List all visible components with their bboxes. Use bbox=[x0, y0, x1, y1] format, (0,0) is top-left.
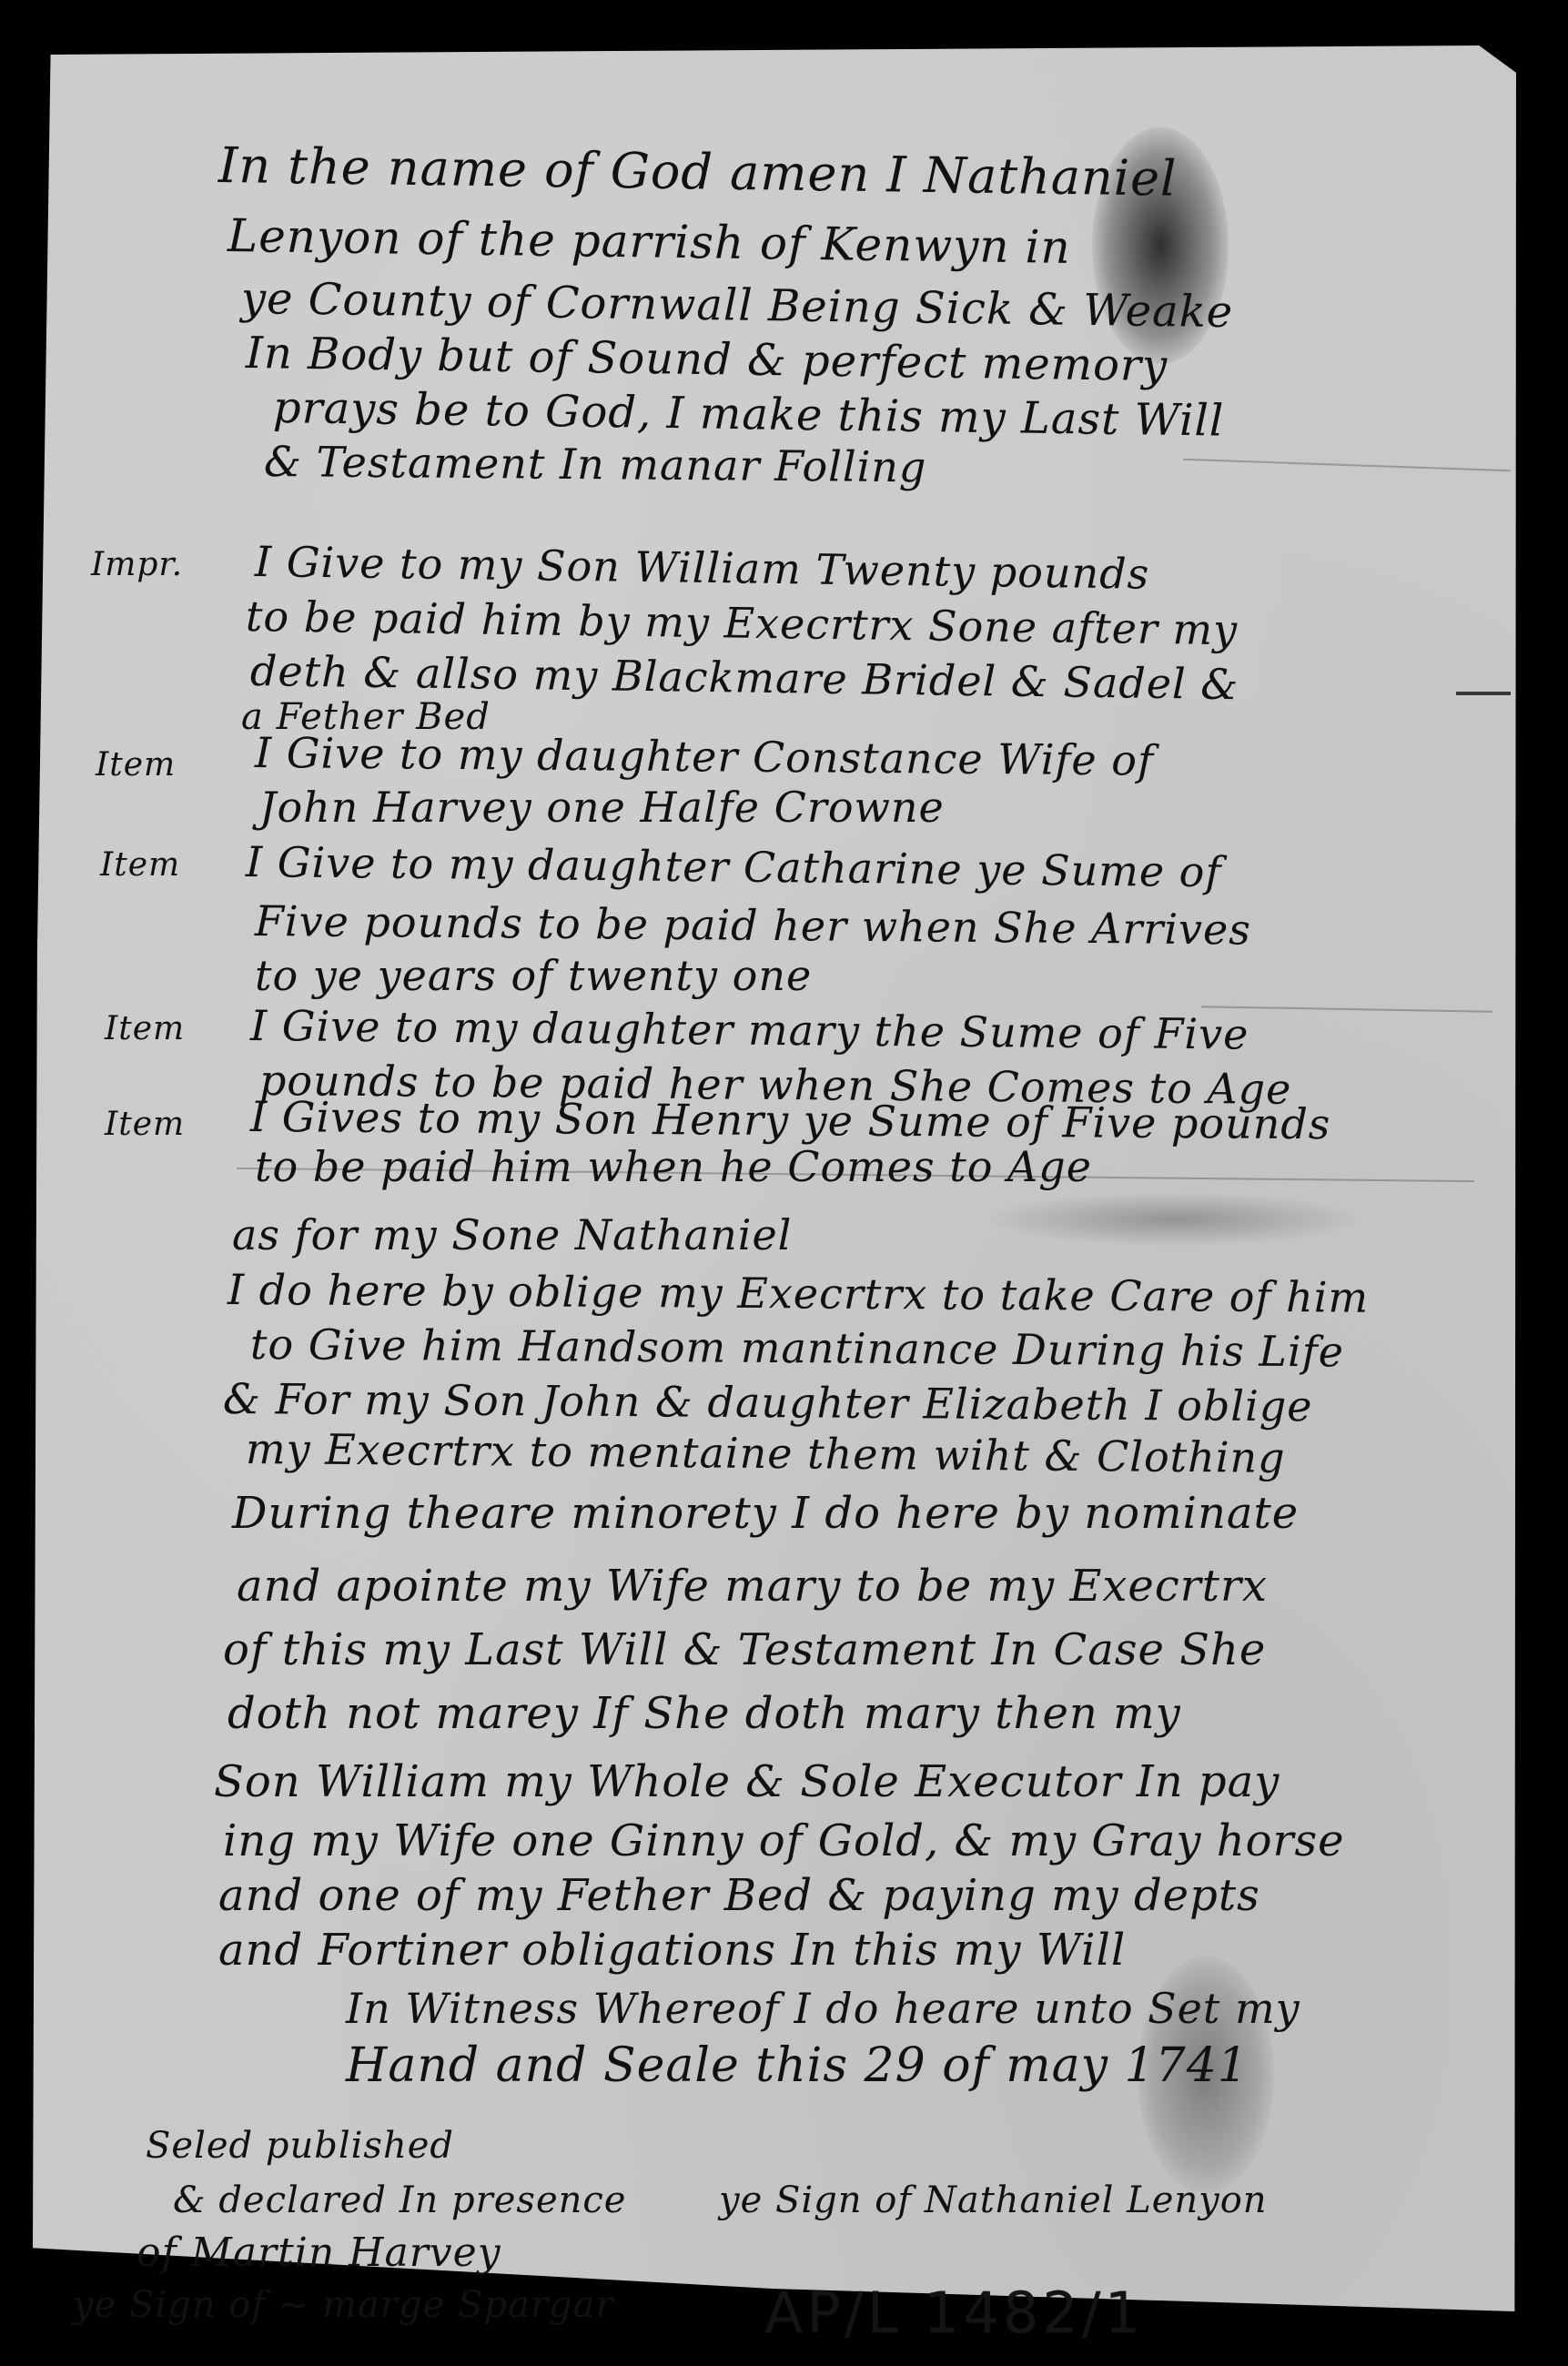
margin-label-item: Item bbox=[105, 1010, 185, 1047]
witness-line: of Martin Harvey bbox=[137, 2229, 501, 2276]
bequest-line: I Give to my daughter Constance Wife of bbox=[255, 728, 1154, 785]
bequest-line: I Gives to my Son Henry ye Sume of Five … bbox=[250, 1092, 1331, 1148]
provision-line: and one of my Fether Bed & paying my dep… bbox=[218, 1870, 1260, 1921]
preamble-line: & Testament In manar Folling bbox=[264, 437, 927, 491]
bequest-line: I Give to my daughter Catharine ye Sume … bbox=[246, 837, 1222, 896]
witness-line: ye Sign of ~ marge Spargar bbox=[73, 2284, 614, 2326]
provision-line: and Fortiner obligations In this my Will bbox=[218, 1925, 1126, 1976]
archive-reference: AP/L 1482/1 bbox=[764, 2280, 1144, 2346]
witness-line: Seled published bbox=[146, 2125, 454, 2167]
provision-line: During theare minorety I do here by nomi… bbox=[232, 1488, 1299, 1539]
provision-line: doth not marey If She doth mary then my bbox=[228, 1688, 1181, 1739]
provision-line: as for my Sone Nathaniel bbox=[232, 1210, 792, 1259]
margin-label-item: Item bbox=[105, 1106, 185, 1143]
bequest-line: John Harvey one Halfe Crowne bbox=[259, 783, 945, 832]
smudge bbox=[983, 1192, 1365, 1247]
bequest-line: Five pounds to be paid her when She Arri… bbox=[255, 896, 1251, 955]
divider-rule bbox=[1456, 692, 1511, 695]
margin-label-item: Item bbox=[96, 746, 176, 784]
margin-label-impr: Impr. bbox=[91, 546, 183, 583]
provision-line: Son William my Whole & Sole Executor In … bbox=[214, 1756, 1280, 1807]
provision-line: ing my Wife one Ginny of Gold, & my Gray… bbox=[223, 1815, 1345, 1866]
bequest-line: I Give to my daughter mary the Sume of F… bbox=[250, 1001, 1249, 1059]
provision-line: and apointe my Wife mary to be my Execrt… bbox=[237, 1561, 1268, 1612]
attestation-line: In Witness Whereof I do heare unto Set m… bbox=[346, 1984, 1300, 2033]
bequest-line: to ye years of twenty one bbox=[255, 951, 812, 1000]
provision-line: & For my Son John & daughter Elizabeth I… bbox=[223, 1374, 1313, 1431]
testator-signature: ye Sign of Nathaniel Lenyon bbox=[719, 2179, 1268, 2221]
provision-line: of this my Last Will & Testament In Case… bbox=[223, 1624, 1266, 1675]
attestation-line: Hand and Seale this 29 of may 1741 bbox=[346, 2038, 1249, 2093]
provision-line: I do here by oblige my Execrtrx to take … bbox=[228, 1265, 1369, 1322]
margin-label-item: Item bbox=[100, 846, 180, 884]
provision-line: my Execrtrx to mentaine them wiht & Clot… bbox=[246, 1424, 1286, 1482]
provision-line: to Give him Handsom mantinance During hi… bbox=[250, 1319, 1344, 1376]
witness-line: & declared In presence bbox=[173, 2179, 626, 2221]
bequest-line: to be paid him when he Comes to Age bbox=[255, 1142, 1092, 1191]
